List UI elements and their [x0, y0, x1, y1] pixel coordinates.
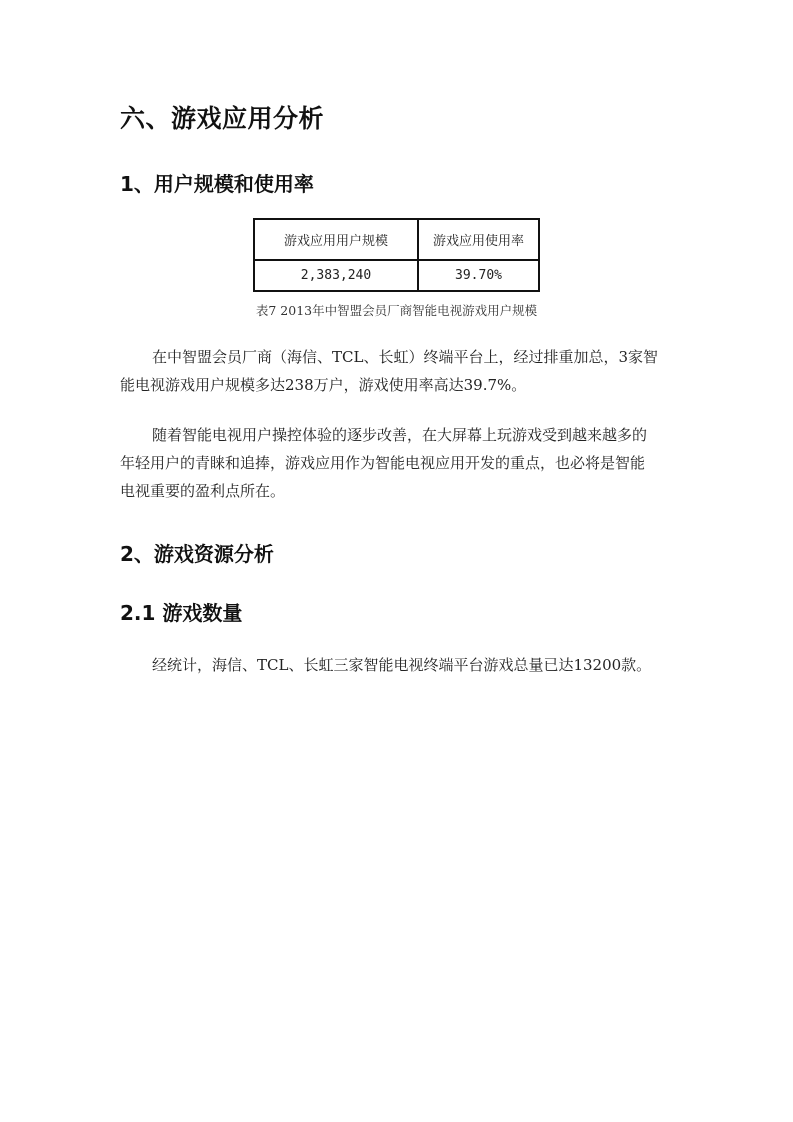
paragraph-line: 年轻用户的青睐和追捧，游戏应用作为智能电视应用开发的重点，也必将是智能 — [120, 449, 675, 477]
table-row: 2,383,240 39.70% — [254, 260, 539, 291]
table-cell: 2,383,240 — [254, 260, 418, 291]
game-user-table: 游戏应用用户规模 游戏应用使用率 2,383,240 39.70% — [253, 218, 540, 292]
paragraph-line: 经统计，海信、TCL、长虹三家智能电视终端平台游戏总量已达13200款。 — [120, 651, 675, 679]
paragraph-line: 电视重要的盈利点所在。 — [120, 477, 675, 505]
section-heading: 六、游戏应用分析 — [120, 99, 324, 135]
paragraph-user-scale: 在中智盟会员厂商（海信、TCL、长虹）终端平台上，经过排重加总，3家智 能电视游… — [120, 343, 675, 399]
subsubsection-heading-game-count: 2.1 游戏数量 — [120, 597, 242, 626]
table-cell: 39.70% — [418, 260, 539, 291]
paragraph-line: 随着智能电视用户操控体验的逐步改善，在大屏幕上玩游戏受到越来越多的 — [120, 421, 675, 449]
table-header-cell: 游戏应用使用率 — [418, 219, 539, 260]
table-header-cell: 游戏应用用户规模 — [254, 219, 418, 260]
paragraph-game-count: 经统计，海信、TCL、长虹三家智能电视终端平台游戏总量已达13200款。 — [120, 651, 675, 679]
table-caption: 表7 2013年中智盟会员厂商智能电视游戏用户规模 — [0, 301, 793, 319]
subsection-heading-user-scale: 1、用户规模和使用率 — [120, 168, 314, 197]
table-header-row: 游戏应用用户规模 游戏应用使用率 — [254, 219, 539, 260]
paragraph-line: 能电视游戏用户规模多达238万户，游戏使用率高达39.7%。 — [120, 371, 675, 399]
subsection-heading-game-resources: 2、游戏资源分析 — [120, 538, 274, 567]
paragraph-trend: 随着智能电视用户操控体验的逐步改善，在大屏幕上玩游戏受到越来越多的 年轻用户的青… — [120, 421, 675, 505]
paragraph-line: 在中智盟会员厂商（海信、TCL、长虹）终端平台上，经过排重加总，3家智 — [120, 343, 675, 371]
